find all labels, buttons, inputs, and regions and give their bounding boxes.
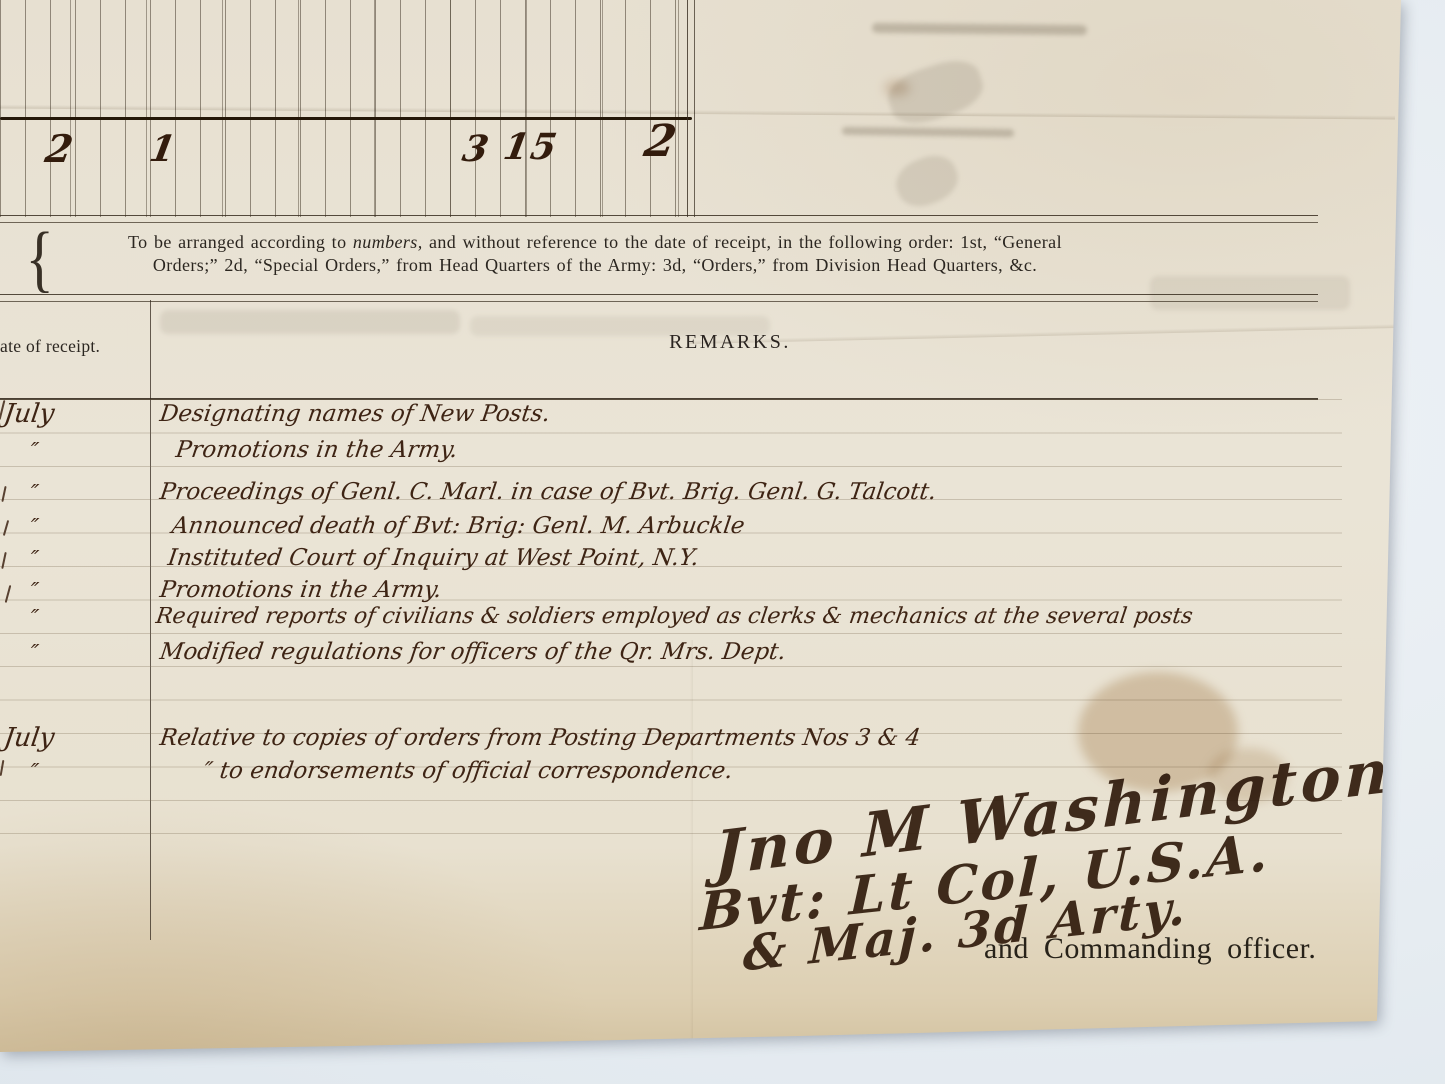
date-of-receipt-header: ate of receipt. — [0, 336, 100, 357]
instruction-line2: Orders;” 2d, “Special Orders,” from Head… — [153, 255, 1037, 275]
ghost-writing — [872, 23, 1087, 35]
entry-date: July — [2, 723, 56, 753]
band-bottom-double-rule — [0, 294, 1318, 302]
entry-date-ditto: ″ — [28, 547, 40, 572]
entry-date-ditto: ″ — [28, 606, 40, 631]
entry-row: ″ Modified regulations for officers of t… — [0, 637, 1340, 671]
ghost-writing — [160, 310, 460, 334]
tally-table-heavy-rule — [0, 117, 692, 120]
document-photo: 2 1 3 15 2 { To be arranged according to… — [0, 0, 1445, 1084]
document-paper: 2 1 3 15 2 { To be arranged according to… — [0, 0, 1445, 1084]
entry-remark: Instituted Court of Inquiry at West Poin… — [166, 545, 700, 571]
instruction-line1: To be arranged according to numbers, and… — [128, 232, 1062, 252]
entry-row: ″ Announced death of Bvt: Brig: Genl. M.… — [0, 511, 1340, 545]
ghost-writing — [890, 148, 965, 214]
paper-crease — [690, 640, 693, 1040]
entry-row: ″ Promotions in the Army. — [0, 435, 1340, 469]
band-top-double-rule — [0, 215, 1318, 223]
entry-row: ″ Instituted Court of Inquiry at West Po… — [0, 543, 1340, 577]
ghost-writing — [842, 127, 1014, 137]
table-right-divider — [687, 0, 695, 217]
entry-remark: Relative to copies of orders from Postin… — [158, 725, 922, 751]
ink-stain — [1208, 748, 1288, 803]
entry-remark: Promotions in the Army. — [174, 437, 459, 463]
entry-date-ditto: ″ — [28, 641, 40, 666]
entry-remark: Proceedings of Genl. C. Marl. in case of… — [158, 479, 938, 505]
ink-stain — [884, 80, 910, 96]
entry-date-ditto: ″ — [28, 579, 40, 604]
entry-row: July Designating names of New Posts. — [0, 399, 1340, 433]
entry-remark: Designating names of New Posts. — [158, 401, 552, 427]
entry-date: July — [2, 399, 56, 429]
entry-remark: ″ to endorsements of official correspond… — [202, 758, 734, 784]
entry-date-ditto: ″ — [28, 439, 40, 464]
paper-crease — [1406, 0, 1410, 1015]
commanding-officer-label: and Commanding officer. — [984, 932, 1316, 966]
entry-remark: Announced death of Bvt: Brig: Genl. M. A… — [170, 513, 746, 539]
entry-row: ″ Proceedings of Genl. C. Marl. in case … — [0, 477, 1340, 511]
entry-remark: Required reports of civilians & soldiers… — [154, 604, 1194, 629]
entry-row: ″ Required reports of civilians & soldie… — [0, 602, 1340, 636]
tally-value: 15 — [500, 126, 562, 168]
instruction-text: To be arranged according to numbers, and… — [45, 231, 1145, 277]
entry-date-ditto: ″ — [28, 760, 40, 785]
entry-remark: Promotions in the Army. — [158, 577, 443, 603]
entry-remark: Modified regulations for officers of the… — [158, 639, 787, 665]
entry-date-ditto: ″ — [28, 481, 40, 506]
ghost-writing — [1150, 276, 1350, 310]
entry-date-ditto: ″ — [28, 515, 40, 540]
